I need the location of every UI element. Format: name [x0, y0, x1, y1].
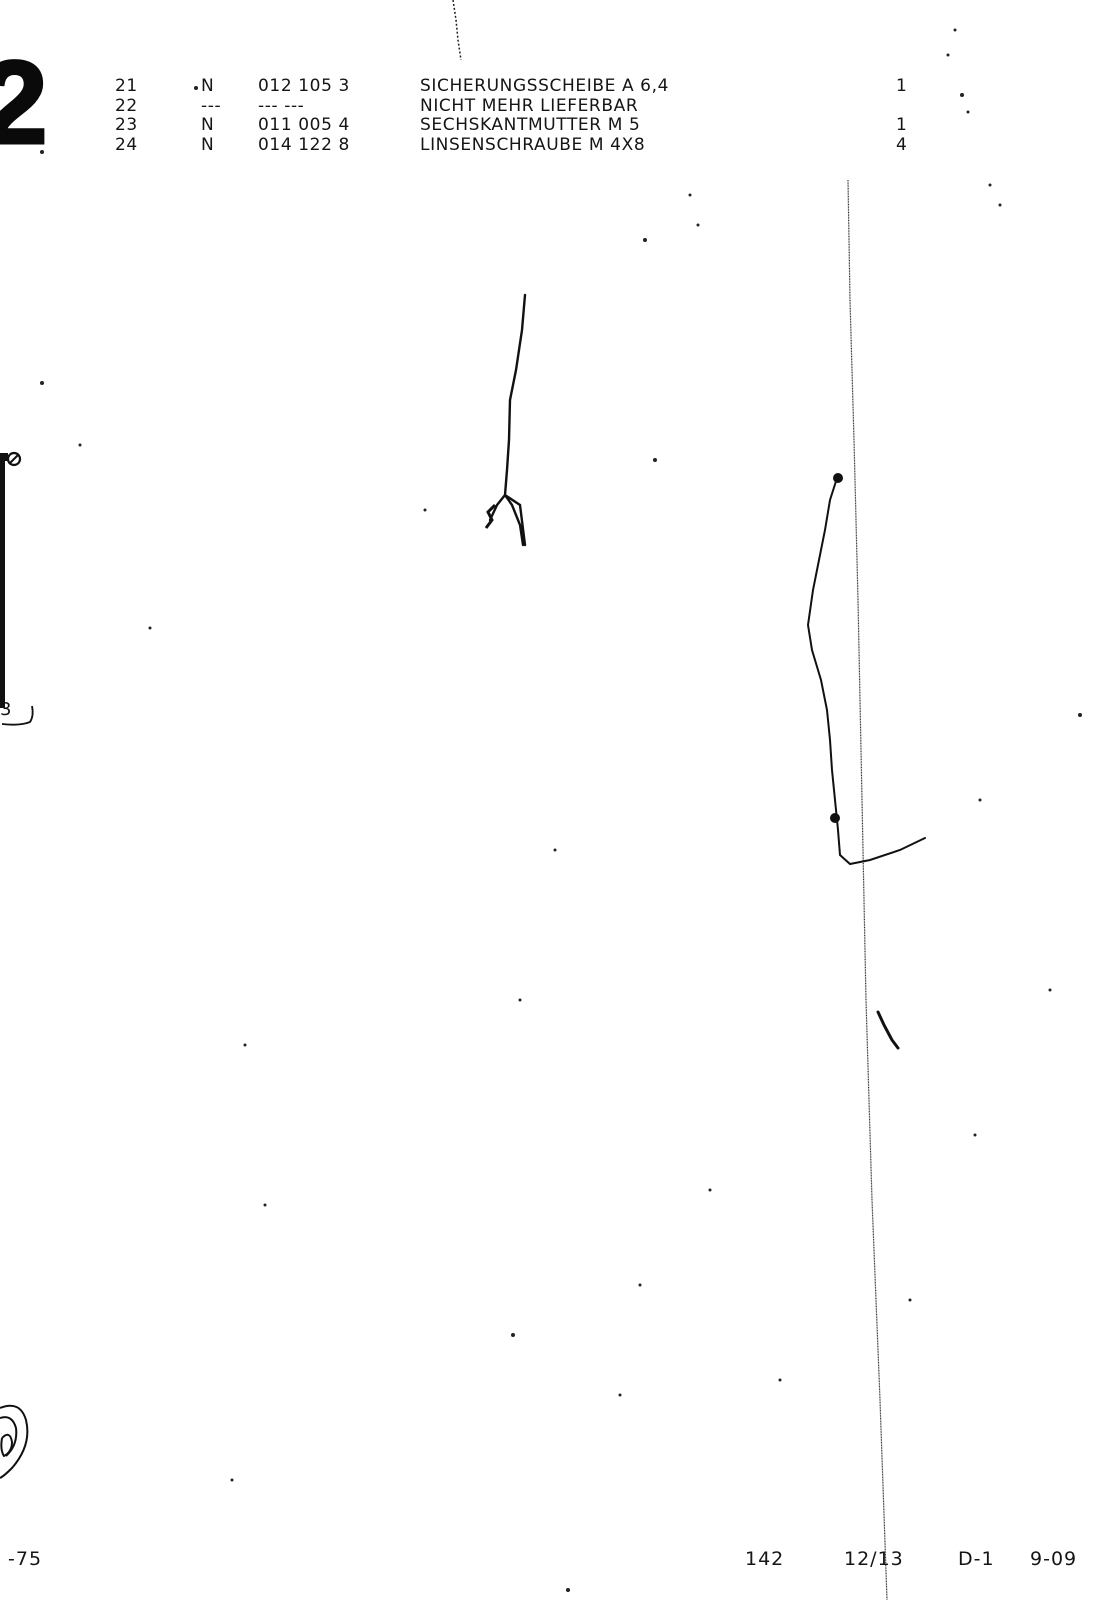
- parts-table-row: 21N012 105 3SICHERUNGSSCHEIBE A 6,41: [115, 77, 916, 97]
- description-cell: SECHSKANTMUTTER M 5: [420, 116, 896, 136]
- part-number-cell: 014 122 8: [258, 136, 420, 156]
- footer-left-code: -75: [8, 1548, 42, 1570]
- parts-table-row: 24N014 122 8LINSENSCHRAUBE M 4X84: [115, 136, 916, 156]
- position-cell: 22: [115, 97, 189, 117]
- scribble-mark: [808, 475, 925, 864]
- quantity-cell: [896, 97, 916, 117]
- page-footer: -75 142 12/13 D-1 9-09: [0, 1548, 1110, 1578]
- scribble-mark: [486, 505, 495, 528]
- parts-table: 21N012 105 3SICHERUNGSSCHEIBE A 6,4122--…: [115, 77, 916, 155]
- parts-table-row: 22------ ---NICHT MEHR LIEFERBAR: [115, 97, 916, 117]
- page-number: 142: [745, 1548, 784, 1570]
- code-cell: N: [189, 77, 258, 97]
- code-cell: N: [189, 116, 258, 136]
- parts-table-row: 23N011 005 4SECHSKANTMUTTER M 51: [115, 116, 916, 136]
- description-cell: SICHERUNGSSCHEIBE A 6,4: [420, 77, 896, 97]
- drawing-bar: [0, 458, 5, 708]
- scribble-mark: [490, 295, 525, 545]
- parts-table-body: 21N012 105 3SICHERUNGSSCHEIBE A 6,4122--…: [115, 77, 916, 155]
- part-number-cell: 011 005 4: [258, 116, 420, 136]
- part-number-cell: 012 105 3: [258, 77, 420, 97]
- spring-coil-icon: [0, 1406, 27, 1478]
- dotted-trace: [453, 0, 461, 60]
- quantity-cell: 4: [896, 136, 916, 156]
- scribble-mark: [878, 1012, 898, 1048]
- position-cell: 24: [115, 136, 189, 156]
- group-number: 2: [0, 44, 46, 162]
- description-cell: NICHT MEHR LIEFERBAR: [420, 97, 896, 117]
- callout-number: 3: [0, 699, 11, 720]
- part-number-cell: --- ---: [258, 97, 420, 117]
- footer-region: D-1: [958, 1548, 995, 1570]
- footer-date: 12/13: [844, 1548, 904, 1570]
- scan-speckles: [40, 29, 1082, 1593]
- quantity-cell: 1: [896, 77, 916, 97]
- callout-bracket: [2, 706, 33, 725]
- scanned-catalog-page: 2 21N012 105 3SICHERUNGSSCHEIBE A 6,4122…: [0, 0, 1110, 1600]
- position-cell: 21: [115, 77, 189, 97]
- screw-head-icon: [0, 453, 20, 465]
- scribble-blob: [833, 473, 843, 483]
- footer-doc-code: 9-09: [1030, 1548, 1077, 1570]
- quantity-cell: 1: [896, 116, 916, 136]
- code-cell: N: [189, 136, 258, 156]
- scribble-blob: [830, 813, 840, 823]
- code-cell: ---: [189, 97, 258, 117]
- fold-line: [848, 180, 887, 1600]
- description-cell: LINSENSCHRAUBE M 4X8: [420, 136, 896, 156]
- position-cell: 23: [115, 116, 189, 136]
- scan-marks-layer: 3: [0, 0, 1110, 1600]
